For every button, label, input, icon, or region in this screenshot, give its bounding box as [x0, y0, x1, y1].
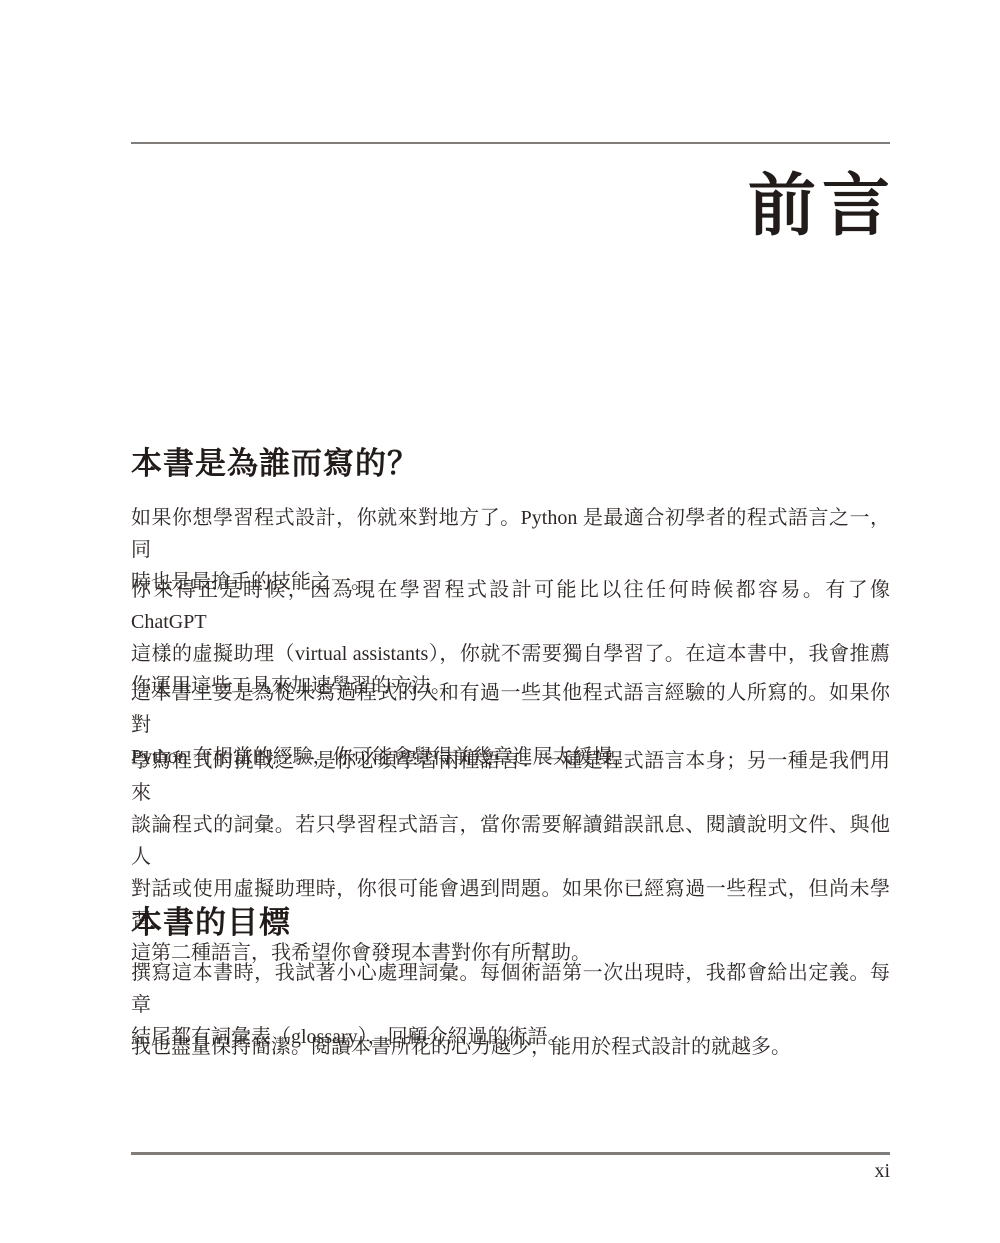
text-line: 你來得正是時候，因為現在學習程式設計可能比以往任何時候都容易。有了像 ChatG… [131, 574, 890, 638]
text-line: 談論程式的詞彙。若只學習程式語言，當你需要解讀錯誤訊息、閱讀說明文件、與他人 [131, 809, 890, 873]
footer-rule [131, 1152, 890, 1155]
text-line: 我也盡量保持簡潔。閱讀本書所花的心力越少，能用於程式設計的就越多。 [131, 1031, 890, 1063]
header-rule [131, 142, 890, 144]
text-line: 學寫程式的挑戰之一是你必須學習兩種語言：一種是程式語言本身；另一種是我們用來 [131, 745, 890, 809]
text-line: 這樣的虛擬助理（virtual assistants），你就不需要獨自學習了。在… [131, 638, 890, 670]
book-page: 前言 本書是為誰而寫的？ 如果你想學習程式設計，你就來對地方了。Python 是… [0, 0, 1000, 1243]
section-heading-audience: 本書是為誰而寫的？ [131, 446, 891, 482]
text-line: 撰寫這本書時，我試著小心處理詞彙。每個術語第一次出現時，我都會給出定義。每章 [131, 957, 890, 1021]
paragraph: 我也盡量保持簡潔。閱讀本書所花的心力越少，能用於程式設計的就越多。 [131, 1031, 890, 1063]
text-line: 如果你想學習程式設計，你就來對地方了。Python 是最適合初學者的程式語言之一… [131, 502, 890, 566]
text-line: 這本書主要是為從未寫過程式的人和有過一些其他程式語言經驗的人所寫的。如果你對 [131, 677, 890, 741]
chapter-title: 前言 [748, 168, 896, 244]
page-number: xi [874, 1158, 890, 1184]
section-heading-goals: 本書的目標 [131, 905, 891, 941]
